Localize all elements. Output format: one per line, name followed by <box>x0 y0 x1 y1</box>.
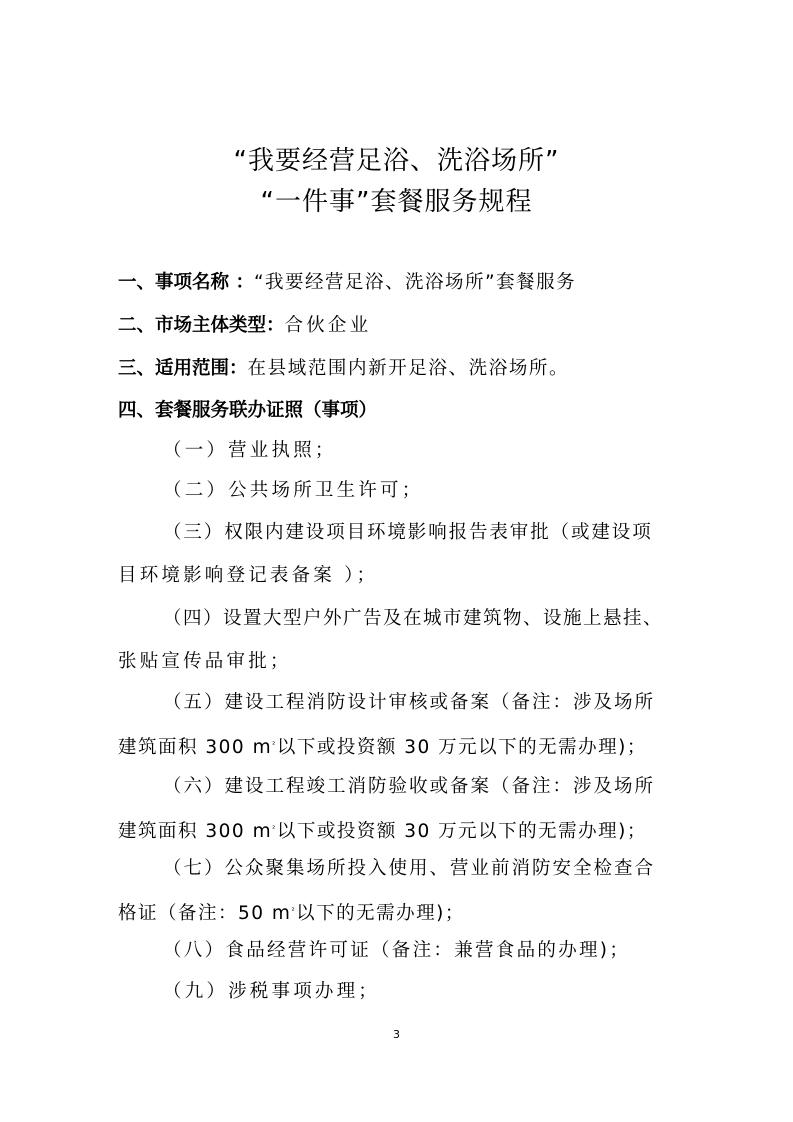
section-4: 四、套餐服务联办证照（事项） <box>118 399 678 423</box>
list-item-cont: 建筑面积 300 m²以下或投资额 30 万元以下的无需办理)； <box>118 733 678 760</box>
section-heading: 二、市场主体类型： <box>118 315 285 336</box>
text-part: 以下或投资额 30 万元以下的无需办理)； <box>277 737 647 758</box>
list-item: （八）食品经营许可证（备注：兼营食品的办理)； <box>163 939 723 963</box>
text-part: 以下的无需办理)； <box>296 903 465 924</box>
list-item: （五）建设工程消防设计审核或备案（备注：涉及场所 <box>163 691 723 715</box>
section-1: 一、事项名称 ：“我要经营足浴、洗浴场所”套餐服务 <box>118 271 678 295</box>
list-item: （三）权限内建设项目环境影响报告表审批（或建设项 <box>163 521 723 545</box>
section-text: “我要经营足浴、洗浴场所”套餐服务 <box>254 272 576 293</box>
section-text: 在县域范围内新开足浴、洗浴场所。 <box>248 358 570 379</box>
list-item-cont: 建筑面积 300 m²以下或投资额 30 万元以下的无需办理)； <box>118 817 678 844</box>
text-part: 建筑面积 300 m <box>118 821 272 842</box>
list-item-cont: 目环境影响登记表备案 ）； <box>118 564 678 588</box>
section-2: 二、市场主体类型：合伙企业 <box>118 314 678 338</box>
doc-title-line1: “我要经营足浴、洗浴场所” <box>0 140 793 177</box>
list-item-cont: 张贴宣传品审批； <box>118 650 678 674</box>
list-item: （六）建设工程竣工消防验收或备案（备注：涉及场所 <box>163 775 723 799</box>
section-text: 合伙企业 <box>285 315 372 336</box>
section-heading: 四、套餐服务联办证照（事项） <box>118 400 377 421</box>
text-part: 格证（备注：50 m <box>118 903 291 924</box>
section-heading: 三、适用范围： <box>118 358 248 379</box>
doc-title-line2: “一件事”套餐服务规程 <box>0 181 793 218</box>
section-3: 三、适用范围：在县域范围内新开足浴、洗浴场所。 <box>118 357 678 381</box>
list-item: （九）涉税事项办理； <box>163 980 723 1004</box>
text-part: 建筑面积 300 m <box>118 737 272 758</box>
list-item: （七）公众聚集场所投入使用、营业前消防安全检查合 <box>163 857 723 881</box>
list-item-cont: 格证（备注：50 m²以下的无需办理)； <box>118 899 678 926</box>
list-item: （二）公共场所卫生许可； <box>163 479 723 503</box>
section-heading: 一、事项名称 ： <box>118 272 254 293</box>
text-part: 以下或投资额 30 万元以下的无需办理)； <box>277 821 647 842</box>
page-number: 3 <box>0 1028 793 1041</box>
list-item: （一）营业执照； <box>163 439 723 463</box>
list-item: （四）设置大型户外广告及在城市建筑物、设施上悬挂、 <box>163 607 723 631</box>
